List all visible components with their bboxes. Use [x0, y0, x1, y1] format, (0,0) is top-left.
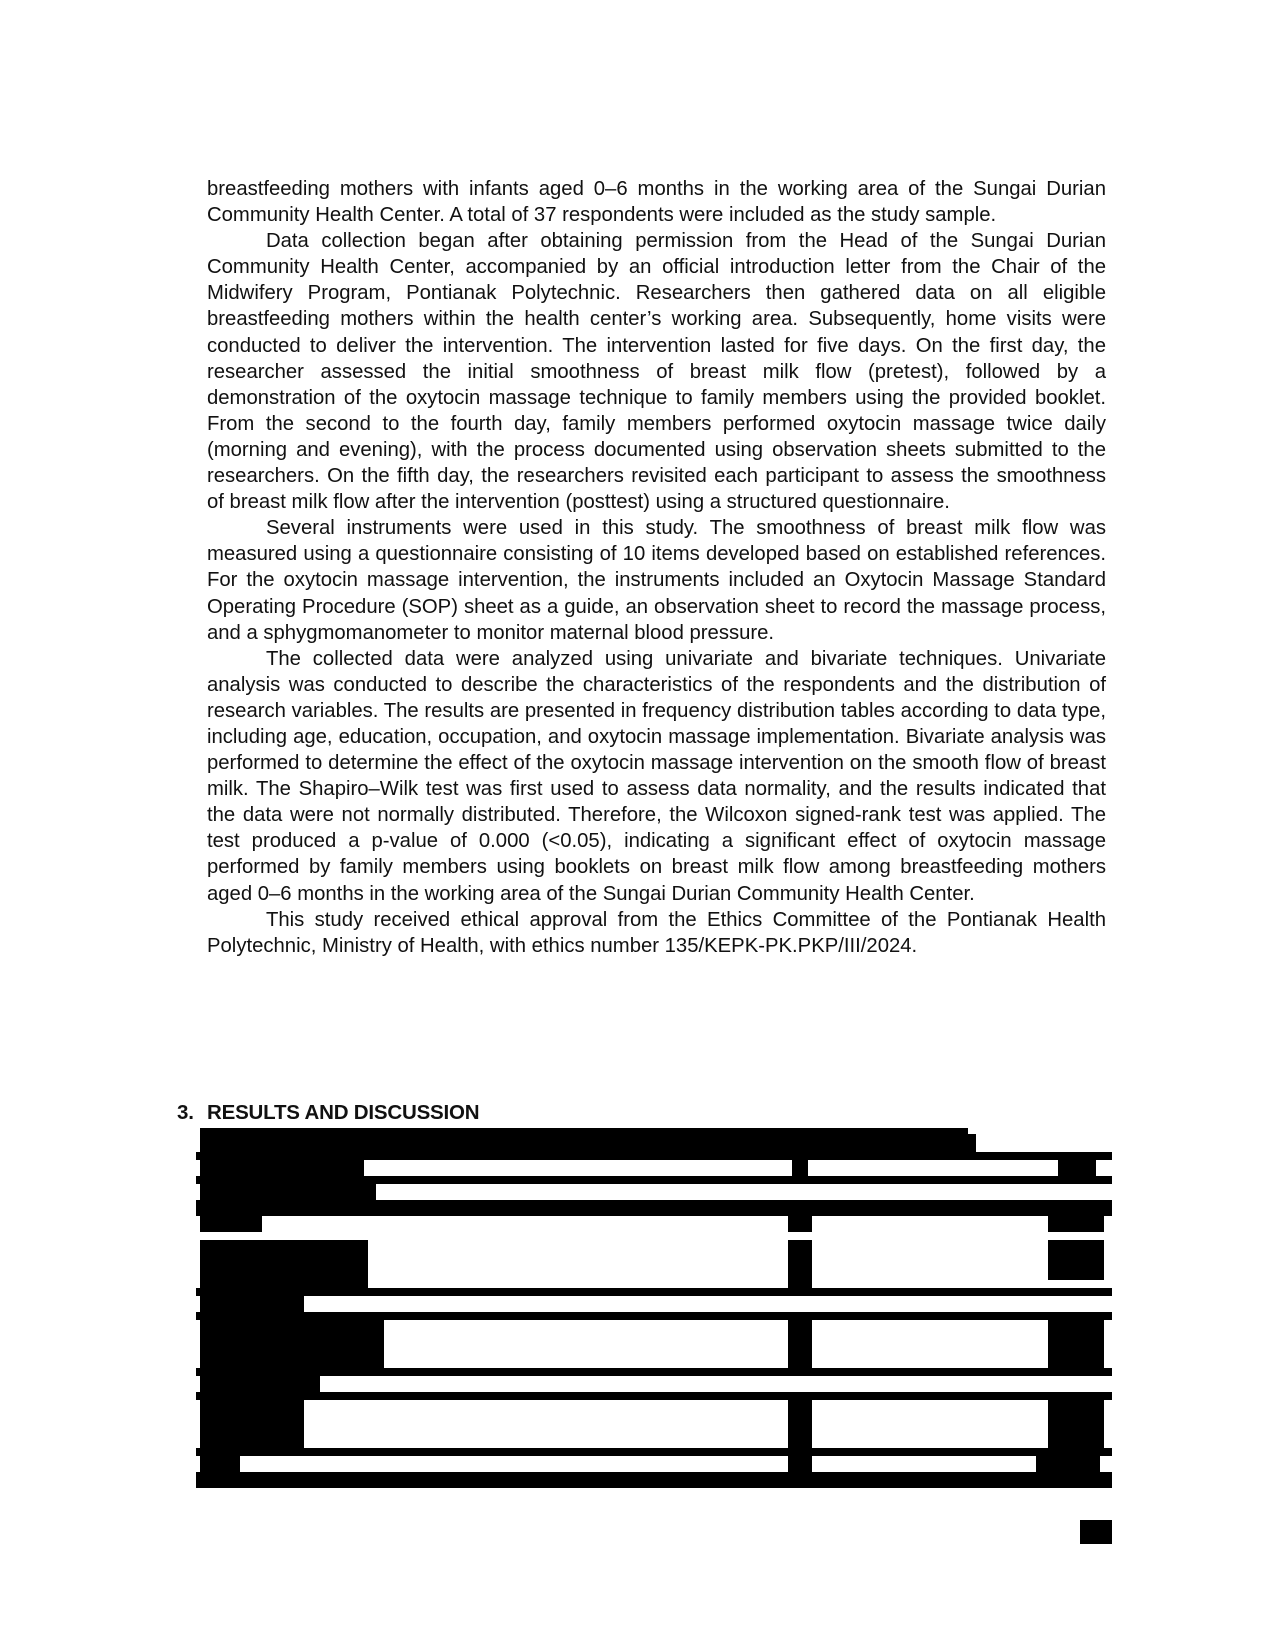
- redacted-cell: [200, 1240, 368, 1288]
- section-number: 3.: [177, 1101, 207, 1125]
- table-rule: [196, 1392, 1112, 1400]
- redacted-cell: [788, 1216, 812, 1232]
- page-number-redacted: [1080, 1520, 1112, 1544]
- redacted-cell: [1048, 1216, 1104, 1232]
- redacted-cell: [1058, 1160, 1096, 1176]
- redacted-cell: [200, 1376, 320, 1392]
- paragraph-data-collection: Data collection began after obtaining pe…: [207, 228, 1106, 515]
- redacted-cell: [200, 1216, 262, 1232]
- redacted-cell: [788, 1240, 812, 1288]
- redacted-cell: [200, 1320, 384, 1368]
- body-text: breastfeeding mothers with infants aged …: [207, 176, 1106, 959]
- redacted-cell: [1048, 1320, 1104, 1368]
- table-rule: [196, 1448, 1112, 1456]
- redacted-cell: [200, 1400, 304, 1448]
- table-rule: [196, 1312, 1112, 1320]
- redacted-cell: [200, 1184, 376, 1200]
- redacted-cell: [792, 1160, 808, 1176]
- table-rule-bottom: [196, 1472, 1112, 1488]
- paragraph-ethics: This study received ethical approval fro…: [207, 907, 1106, 959]
- paragraph-sample: breastfeeding mothers with infants aged …: [207, 176, 1106, 228]
- section-title: RESULTS AND DISCUSSION: [207, 1101, 479, 1124]
- paragraph-instruments: Several instruments were used in this st…: [207, 515, 1106, 645]
- redacted-cell: [1036, 1456, 1100, 1472]
- redacted-cell: [1048, 1240, 1104, 1280]
- redacted-cell: [200, 1152, 364, 1176]
- redacted-cell: [788, 1320, 812, 1368]
- paragraph-analysis: The collected data were analyzed using u…: [207, 646, 1106, 907]
- redacted-caption: [200, 1134, 976, 1152]
- redacted-cell: [200, 1296, 304, 1312]
- table-rule: [196, 1176, 1112, 1184]
- table-rule: [196, 1368, 1112, 1376]
- redacted-cell: [788, 1400, 812, 1448]
- table-rule: [196, 1288, 1112, 1296]
- redacted-cell: [788, 1456, 812, 1472]
- table-rule: [196, 1200, 1112, 1216]
- redacted-table: [196, 1128, 1112, 1488]
- section-heading: 3.RESULTS AND DISCUSSION: [177, 1101, 479, 1125]
- redacted-cell: [200, 1456, 240, 1472]
- redacted-cell: [1048, 1400, 1104, 1448]
